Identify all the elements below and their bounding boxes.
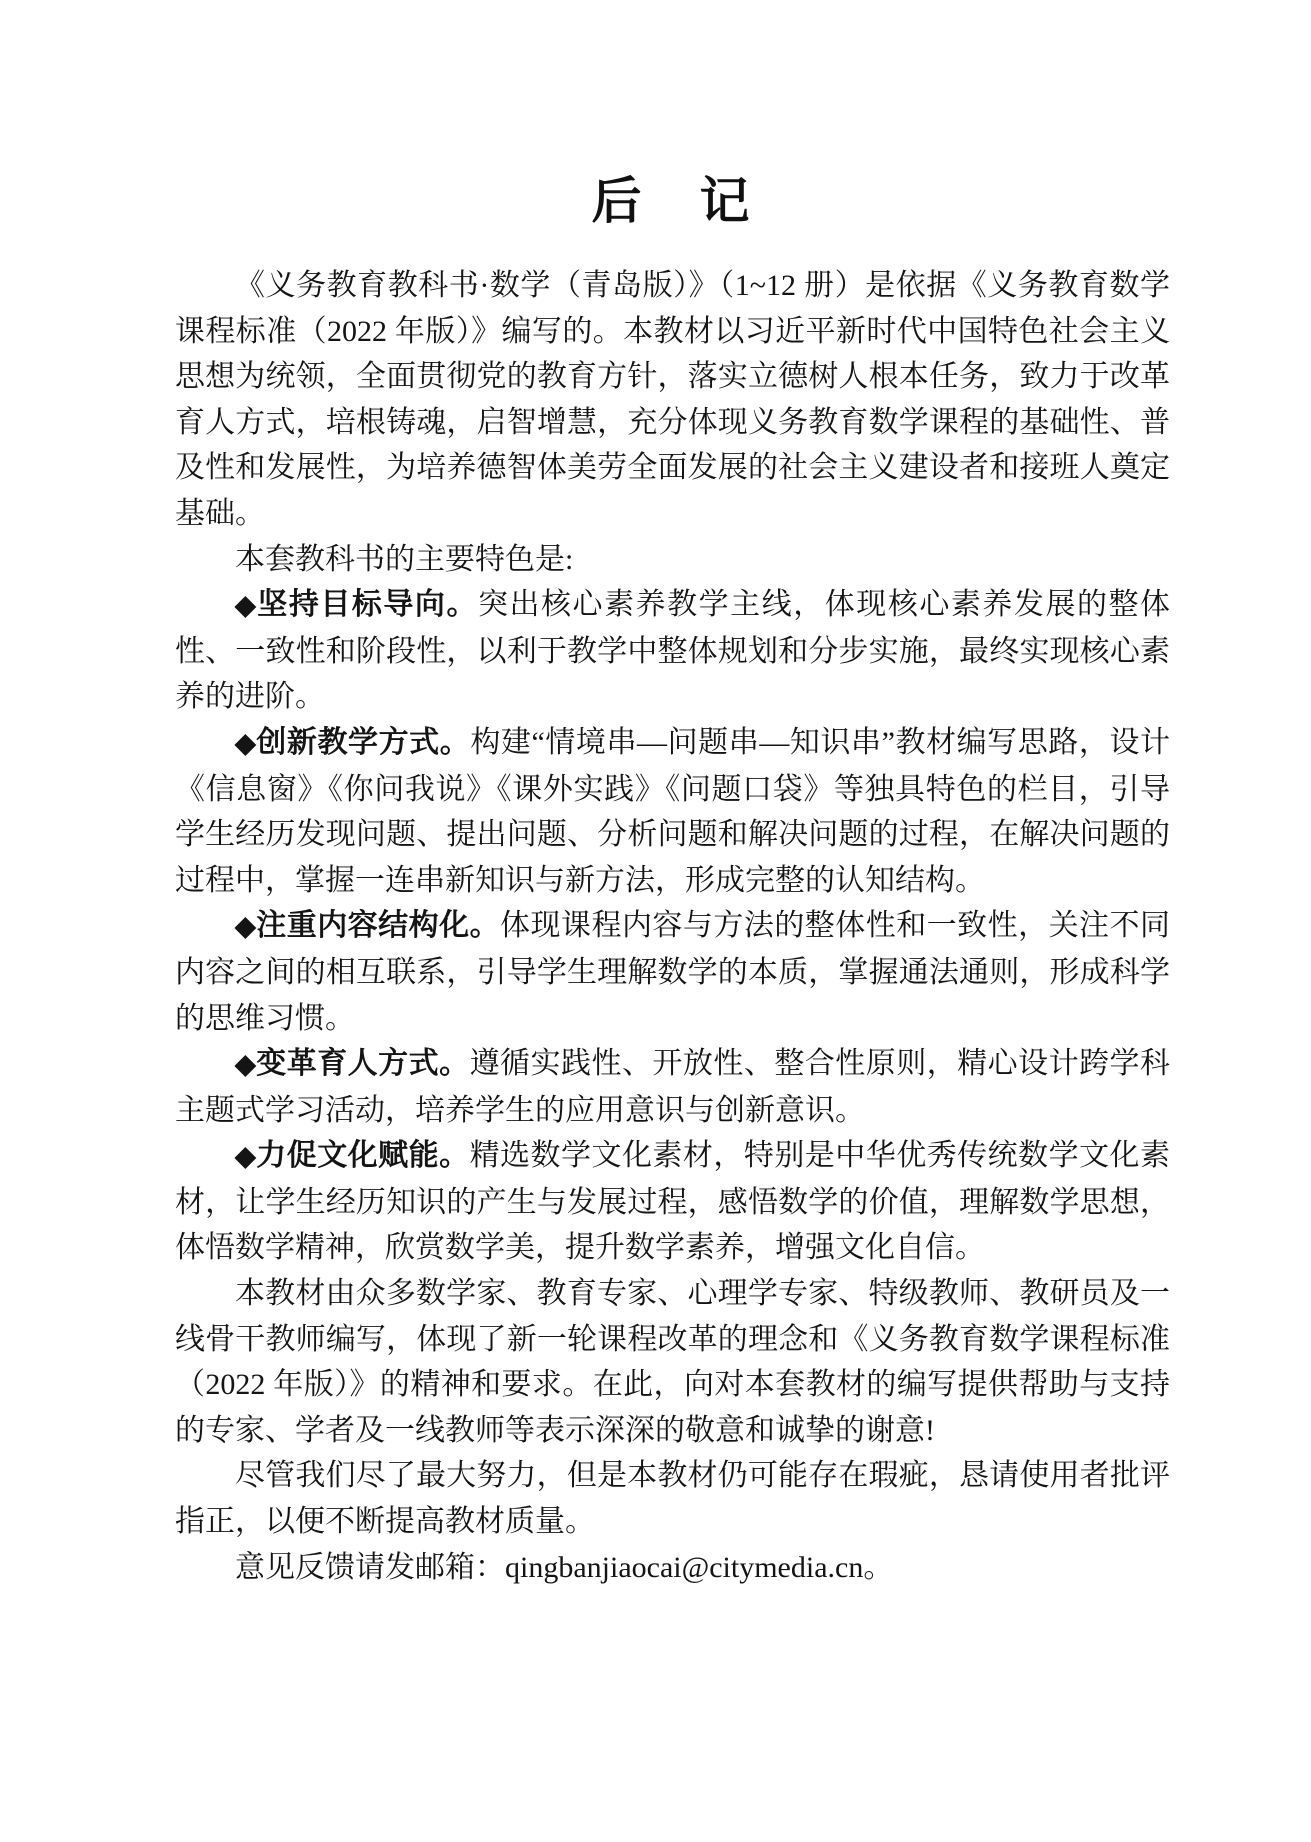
feature-innovative-teaching: ◆创新教学方式。构建“情境串—问题串—知识串”教材编写思路，设计《信息窗》《你问… [175, 720, 1170, 903]
paragraph-text: 本套教科书的主要特色是: [235, 543, 573, 576]
paragraph-text: 本教材由众多数学家、教育专家、心理学专家、特级教师、教研员及一线骨干教师编写，体… [175, 1277, 1170, 1447]
apology-paragraph: 尽管我们尽了最大努力，但是本教材仍可能存在瑕疵，恳请使用者批评指正，以便不断提高… [175, 1453, 1170, 1544]
document-body: 《义务教育教科书·数学（青岛版）》（1~12 册）是依据《义务教育数学课程标准（… [175, 263, 1170, 1590]
feature-education-reform: ◆变革育人方式。遵循实践性、开放性、整合性原则，精心设计跨学科主题式学习活动，培… [175, 1041, 1170, 1133]
page-title: 后 记 [175, 0, 1170, 230]
features-intro-paragraph: 本套教科书的主要特色是: [175, 537, 1170, 583]
document-page: 后 记 《义务教育教科书·数学（青岛版）》（1~12 册）是依据《义务教育数学课… [0, 0, 1311, 1842]
feature-heading: 创新教学方式。 [256, 726, 470, 759]
feedback-email: qingbanjiaocai@citymedia.cn [505, 1551, 863, 1584]
paragraph-text: 尽管我们尽了最大努力，但是本教材仍可能存在瑕疵，恳请使用者批评指正，以便不断提高… [175, 1459, 1170, 1538]
feature-heading: 力促文化赋能。 [256, 1139, 469, 1172]
authors-paragraph: 本教材由众多数学家、教育专家、心理学专家、特级教师、教研员及一线骨干教师编写，体… [175, 1271, 1170, 1453]
diamond-bullet-icon: ◆ [235, 728, 256, 758]
feature-content-structuring: ◆注重内容结构化。体现课程内容与方法的整体性和一致性，关注不同内容之间的相互联系… [175, 903, 1170, 1041]
feature-heading: 坚持目标导向。 [257, 588, 478, 621]
intro-paragraph: 《义务教育教科书·数学（青岛版）》（1~12 册）是依据《义务教育数学课程标准（… [175, 263, 1170, 537]
paragraph-text-tail: 。 [863, 1551, 893, 1584]
feature-goal-orientation: ◆坚持目标导向。突出核心素养教学主线，体现核心素养发展的整体性、一致性和阶段性，… [175, 582, 1170, 720]
paragraph-text: 《义务教育教科书·数学（青岛版）》（1~12 册）是依据《义务教育数学课程标准（… [175, 269, 1170, 530]
feature-heading: 注重内容结构化。 [256, 909, 500, 942]
diamond-bullet-icon: ◆ [235, 911, 256, 941]
diamond-bullet-icon: ◆ [235, 1141, 256, 1171]
paragraph-text: 意见反馈请发邮箱： [235, 1551, 505, 1584]
feedback-paragraph: 意见反馈请发邮箱：qingbanjiaocai@citymedia.cn。 [175, 1545, 1170, 1591]
feature-heading: 变革育人方式。 [256, 1047, 469, 1080]
diamond-bullet-icon: ◆ [235, 1049, 256, 1079]
diamond-bullet-icon: ◆ [235, 590, 257, 620]
feature-culture-empowerment: ◆力促文化赋能。精选数学文化素材，特别是中华优秀传统数学文化素材，让学生经历知识… [175, 1133, 1170, 1271]
